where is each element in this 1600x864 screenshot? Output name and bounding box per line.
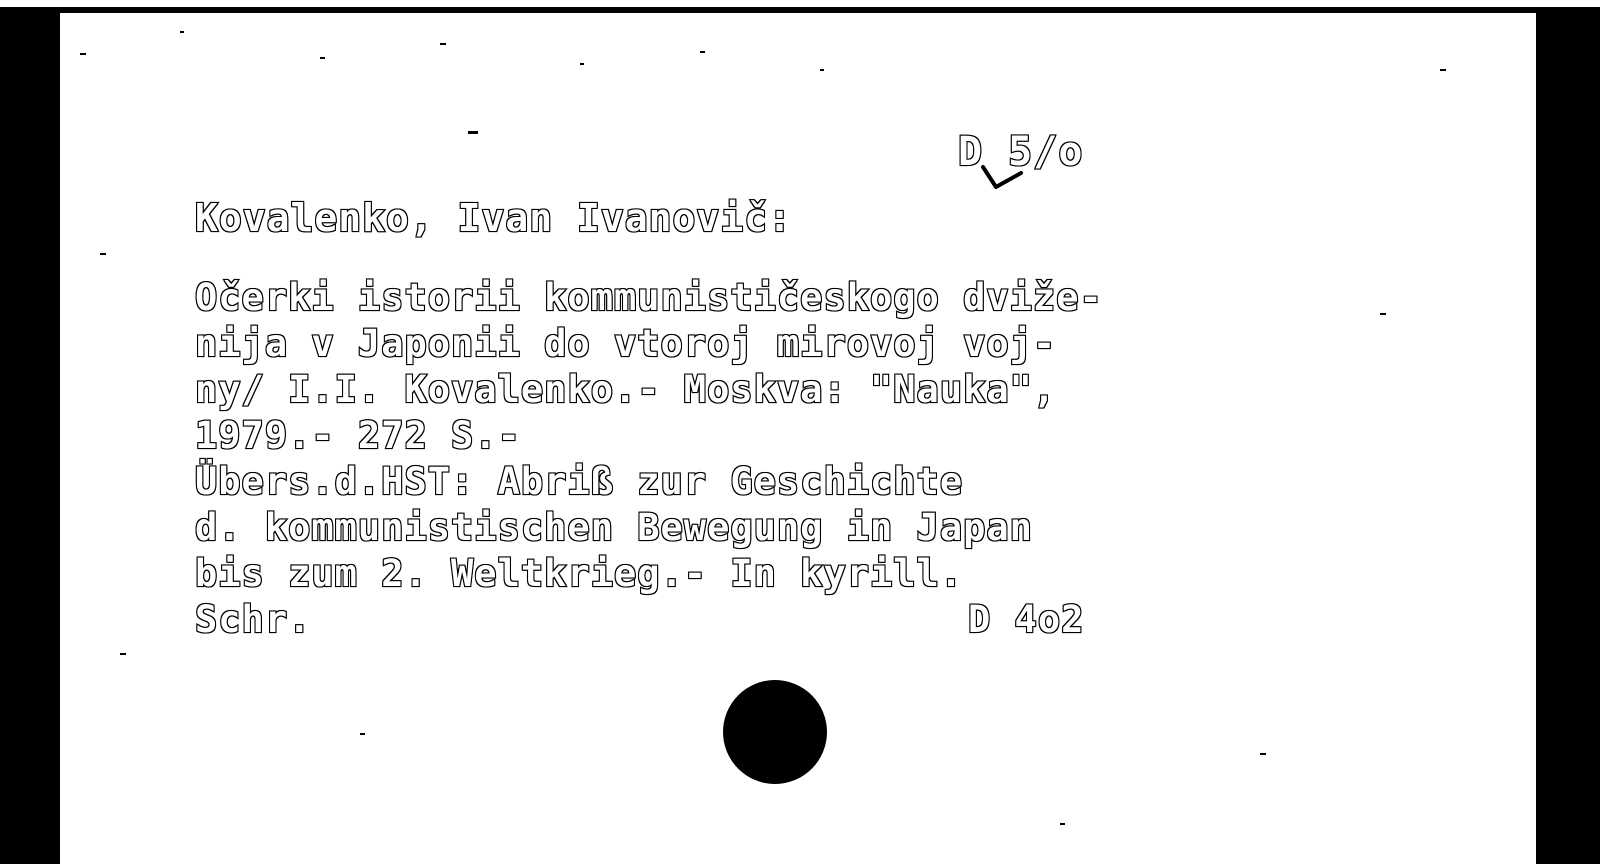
author-heading: Kovalenko, Ivan Ivanovič: bbox=[195, 193, 792, 243]
scan-frame: D 5/o Kovalenko, Ivan Ivanovič: Očerki i… bbox=[0, 0, 1600, 864]
scan-speck bbox=[1380, 313, 1386, 315]
description-line: nija v Japonii do vtoroj mirovoj voj- bbox=[195, 321, 1103, 367]
scan-speck bbox=[1260, 753, 1266, 755]
scan-speck bbox=[440, 43, 446, 45]
description-line: ny/ I.I. Kovalenko.- Moskva: "Nauka", bbox=[195, 367, 1103, 413]
catalog-card: D 5/o Kovalenko, Ivan Ivanovič: Očerki i… bbox=[60, 13, 1536, 864]
description-line: d. kommunistischen Bewegung in Japan bbox=[195, 505, 1103, 551]
description-line: Schr. bbox=[195, 598, 311, 641]
scan-speck bbox=[180, 31, 184, 33]
scan-speck bbox=[80, 53, 86, 55]
scan-speck bbox=[1440, 69, 1446, 71]
scan-speck bbox=[320, 57, 325, 59]
scan-top-margin bbox=[0, 0, 1600, 7]
description-line: bis zum 2. Weltkrieg.- In kyrill. bbox=[195, 551, 1103, 597]
description-line: Očerki istorii kommunističeskogo dviže- bbox=[195, 275, 1103, 321]
handwritten-check-icon bbox=[980, 163, 1024, 195]
scan-speck bbox=[468, 131, 478, 134]
description-last-row: Schr. D 4o2 bbox=[195, 597, 1103, 643]
card-punch-hole bbox=[723, 680, 827, 784]
scan-speck bbox=[700, 51, 705, 53]
description-line: 1979.- 272 S.- bbox=[195, 413, 1103, 459]
call-number-bottom: D 4o2 bbox=[968, 597, 1084, 643]
scan-speck bbox=[1060, 823, 1065, 825]
scan-speck bbox=[580, 63, 584, 65]
scan-speck bbox=[820, 69, 824, 71]
description-line: Übers.d.HST: Abriß zur Geschichte bbox=[195, 459, 1103, 505]
scan-speck bbox=[100, 253, 106, 255]
bibliographic-description: Očerki istorii kommunističeskogo dviže- … bbox=[195, 275, 1103, 643]
scan-speck bbox=[360, 733, 365, 735]
scan-speck bbox=[120, 653, 126, 655]
